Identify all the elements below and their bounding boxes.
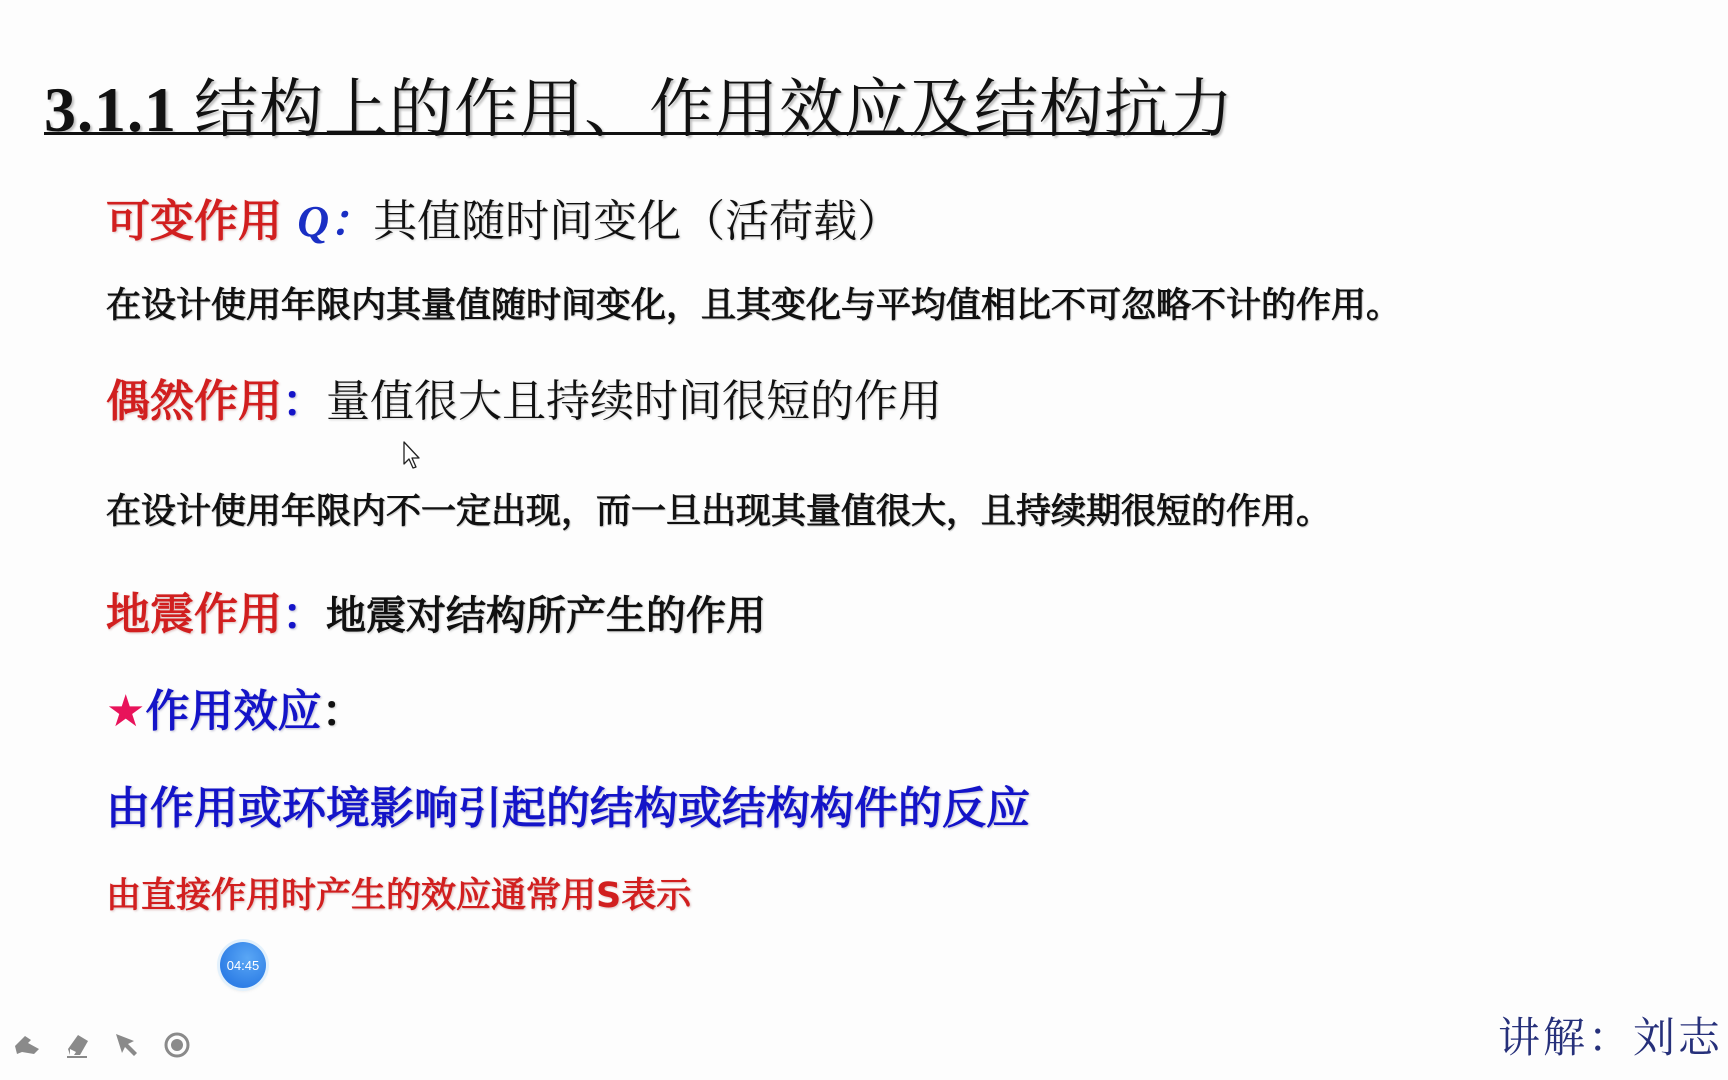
annotation-toolbar	[12, 1030, 192, 1060]
variable-action-heading: 可变作用 Q：其值随时间变化（活荷载）	[106, 185, 901, 249]
record-icon[interactable]	[162, 1030, 192, 1060]
variable-action-definition: 在设计使用年限内其量值随时间变化，且其变化与平均值相比不可忽略不计的作用。	[106, 278, 1401, 328]
slide-title: 3.1.1 结构上的作用、作用效应及结构抗力	[44, 58, 1234, 150]
title-underline	[44, 132, 1210, 135]
mouse-cursor-icon	[402, 440, 422, 470]
variable-action-summary: 其值随时间变化（活荷载）	[373, 196, 901, 247]
seismic-action-summary: 地震对结构所产生的作用	[326, 593, 766, 639]
action-effect-note: 由直接作用时产生的效应通常用S表示	[106, 868, 691, 918]
variable-action-symbol: Q	[297, 197, 329, 246]
variable-action-colon: ：	[329, 197, 373, 246]
pen-icon[interactable]	[12, 1030, 42, 1060]
pointer-icon[interactable]	[112, 1030, 142, 1060]
action-effect-colon: ：	[321, 686, 365, 737]
seismic-action-term: 地震作用	[106, 589, 282, 640]
accidental-action-summary: 量值很大且持续时间很短的作用	[326, 376, 942, 427]
accidental-action-colon: ：	[282, 376, 326, 427]
star-icon: ★	[106, 686, 145, 737]
action-effect-term: 作用效应	[145, 686, 321, 737]
eraser-icon[interactable]	[62, 1030, 92, 1060]
recording-timer[interactable]: 04:45	[220, 942, 266, 988]
speaker-credit: 讲解：刘志	[1498, 1005, 1723, 1065]
action-effect-definition: 由作用或环境影响引起的结构或结构构件的反应	[106, 772, 1030, 836]
accidental-action-term: 偶然作用	[106, 376, 282, 427]
accidental-action-heading: 偶然作用：量值很大且持续时间很短的作用	[106, 365, 942, 429]
seismic-action-heading: 地震作用：地震对结构所产生的作用	[106, 578, 766, 642]
accidental-action-definition: 在设计使用年限内不一定出现，而一旦出现其量值很大，且持续期很短的作用。	[106, 484, 1331, 534]
action-effect-heading: ★作用效应：	[106, 675, 365, 739]
variable-action-term: 可变作用	[106, 196, 282, 247]
seismic-action-colon: ：	[282, 589, 326, 640]
